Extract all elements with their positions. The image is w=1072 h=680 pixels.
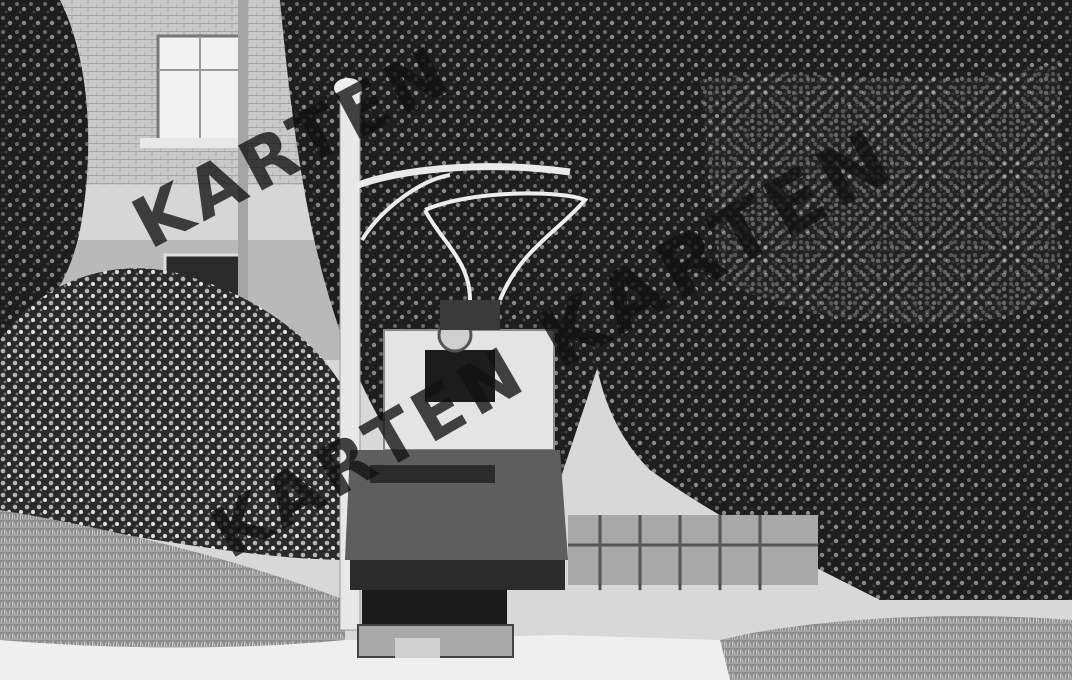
scene: KARTEN KARTEN KARTEN: [0, 0, 1072, 680]
fence: [568, 515, 818, 590]
photograph: KARTEN KARTEN KARTEN: [0, 0, 1072, 680]
lawn-right: [720, 616, 1072, 680]
